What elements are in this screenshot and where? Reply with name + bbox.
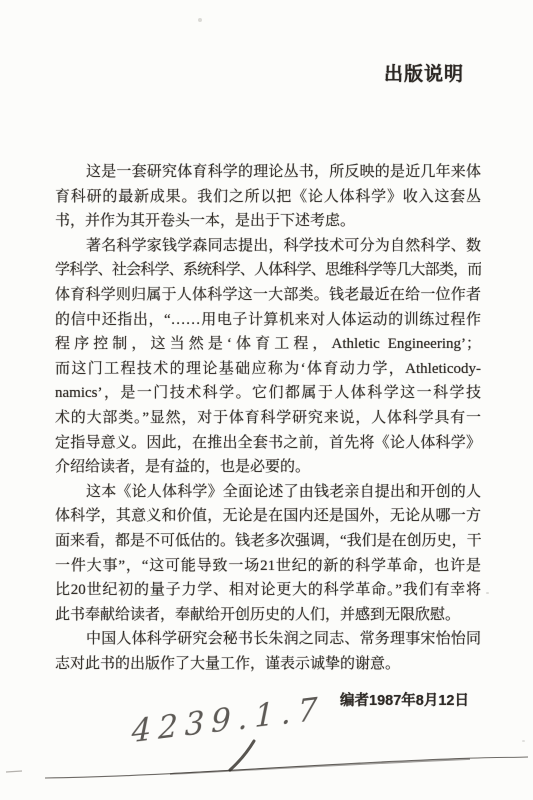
body-line: 介绍给读者，是有益的，也是必要的。 [55,455,481,480]
body-line: 定指导意义。因此，在推出全套书之前，首先将《论人体科学》 [55,431,481,456]
body-line: 程序控制，这当然是‘体育工程，Athletic Engineering’； [55,332,481,357]
body-line: 这本《论人体科学》全面论述了由钱老亲自提出和开创的人 [55,480,481,505]
body-text: 这是一套研究体育科学的理论丛书，所反映的是近几年来体 育科研的最新成果。我们之所… [55,160,481,676]
scanned-page: 出版说明 这是一套研究体育科学的理论丛书，所反映的是近几年来体 育科研的最新成果… [0,0,533,800]
scan-speck [198,18,202,22]
body-line: 的信中还指出，“……用电子计算机来对人体运动的训练过程作 [55,308,481,333]
body-line: 这是一套研究体育科学的理论丛书，所反映的是近几年来体 [55,160,481,185]
body-line: 志对此书的出版作了大量工作，谨表示诚挚的谢意。 [55,652,481,677]
body-line: 体科学，其意义和价值，无论是在国内还是国外，无论从哪一方 [55,504,481,529]
body-line: 中国人体科学研究会秘书长朱润之同志、常务理事宋怡怡同 [55,627,481,652]
body-line: 术的大部类。”显然，对于体育科学研究来说，人体科学具有一 [55,406,481,431]
body-line: 学科学、社会科学、系统科学、人体科学、思维科学等几大部类，而 [55,258,481,283]
body-line: 此书奉献给读者，奉献给开创历史的人们，并感到无限欣慰。 [55,603,481,628]
scan-speck [486,592,489,594]
body-line: 育科研的最新成果。我们之所以把《论人体科学》收入这套丛 [55,185,481,210]
scan-speck [522,740,525,742]
body-line: namics’，是一门技术科学。它们都属于人体科学这一科学技 [55,381,481,406]
body-line: 书，并作为其开卷头一本，是出于下述考虑。 [55,209,481,234]
body-line: 比20世纪初的量子力学、相对论更大的科学革命。”我们有幸将 [55,578,481,603]
body-line: 著名科学家钱学森同志提出，科学技术可分为自然科学、数 [55,234,481,259]
body-line: 面来看，都是不可低估的。钱老多次强调，“我们是在创历史，干 [55,529,481,554]
body-line: 而这门工程技术的理论基础应称为‘体育动力学，Athleticody- [55,357,481,382]
body-line: 一件大事”，“这可能导致一场21世纪的新的科学革命，也许是 [55,554,481,579]
pen-stroke [0,695,533,800]
page-title: 出版说明 [384,59,464,86]
body-line: 体育科学则归属于人体科学这一大部类。钱老最近在给一位作者 [55,283,481,308]
